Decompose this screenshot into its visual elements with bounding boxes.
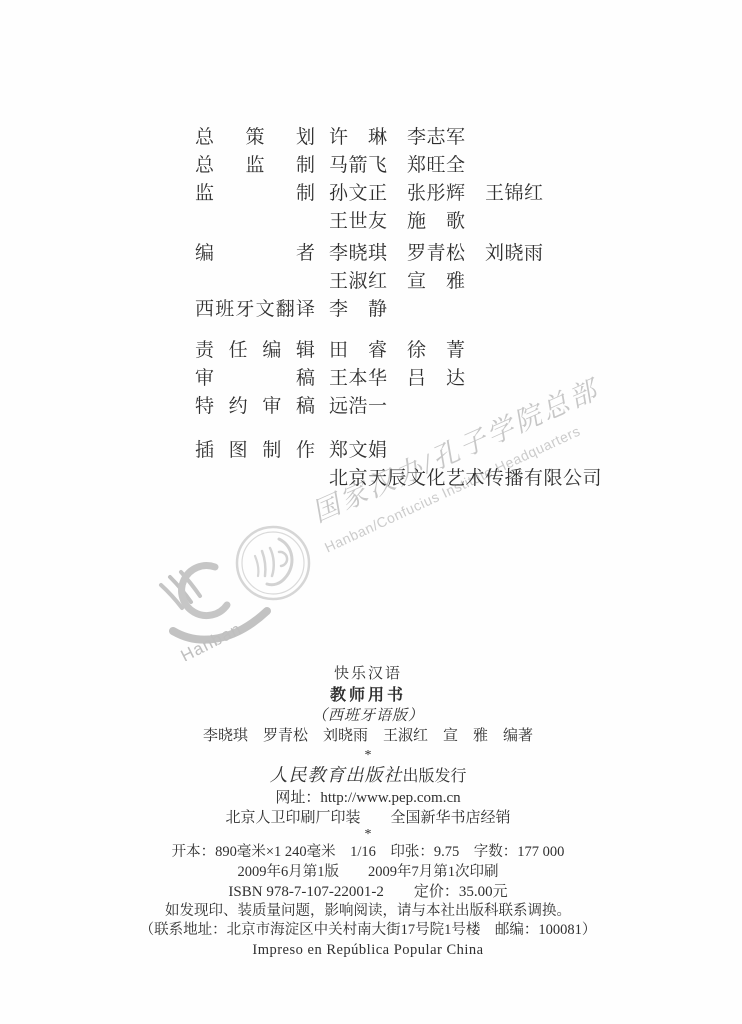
publisher-suffix: 出版发行 <box>402 768 466 785</box>
credit-names: 王淑红 宣 雅 <box>329 268 466 296</box>
credit-role-label: 总 监 制 <box>195 152 315 180</box>
credit-role-label: 审 稿 <box>195 365 315 393</box>
credit-role-label: 监 制 <box>195 180 315 208</box>
credit-names: 王世友 施 歌 <box>329 208 466 236</box>
colophon-page: Hanban 国家汉办/孔子学院总部 Hanban/Confucius Inst… <box>0 0 742 1024</box>
credit-row: 北京天辰文化艺术传播有限公司 <box>195 465 602 493</box>
credit-row: 编 者 李晓琪 罗青松 刘晓雨 <box>195 240 602 268</box>
credit-role-label: 总 策 划 <box>195 124 315 152</box>
credit-role-label: 责 任 编 辑 <box>195 337 315 365</box>
credit-row: 总 监 制 马箭飞 郑旺全 <box>195 152 602 180</box>
series-title: 快乐汉语 <box>0 664 736 684</box>
credit-role-label: 特 约 审 稿 <box>195 393 315 421</box>
credit-role-label <box>195 208 315 236</box>
credit-names: 马箭飞 郑旺全 <box>329 152 466 180</box>
credit-names: 孙文正 张彤辉 王锦红 <box>329 180 544 208</box>
credit-role-label: 西班牙文翻译 <box>195 296 315 324</box>
colophon-section: 快乐汉语 教师用书 （西班牙语版） 李晓琪 罗青松 刘晓雨 王淑红 宣 雅 编著… <box>0 664 736 960</box>
book-title: 教师用书 <box>0 686 736 706</box>
hanban-seal-icon <box>234 524 312 602</box>
publisher-logo-text: 人民教育出版社 <box>269 765 402 785</box>
publisher-line: 人民教育出版社出版发行 <box>0 764 736 788</box>
format-line: 开本：890毫米×1 240毫米 1/16 印张：9.75 字数：177 000 <box>0 842 736 862</box>
credit-row: 总 策 划 许 琳 李志军 <box>195 124 602 152</box>
edition-line: 2009年6月第1版 2009年7月第1次印刷 <box>0 862 736 882</box>
credit-role-label: 插 图 制 作 <box>195 437 315 465</box>
impreso-line: Impreso en República Popular China <box>0 940 736 960</box>
credit-role-label: 编 者 <box>195 240 315 268</box>
separator-star: * <box>0 828 736 842</box>
hanban-logo-text: Hanban <box>178 619 245 661</box>
address-line: （联系地址：北京市海淀区中关村南大街17号院1号楼 邮编：100081） <box>0 921 736 940</box>
credit-names: 远浩一 <box>329 393 388 421</box>
hanban-swoosh-icon: Hanban <box>155 553 273 661</box>
credit-row: 责 任 编 辑 田 睿 徐 菁 <box>195 337 602 365</box>
credit-names: 许 琳 李志军 <box>329 124 466 152</box>
credit-row: 插 图 制 作 郑文娟 <box>195 437 602 465</box>
credit-row: 特 约 审 稿 远浩一 <box>195 393 602 421</box>
credit-names: 王本华 吕 达 <box>329 365 466 393</box>
authors-line: 李晓琪 罗青松 刘晓雨 王淑红 宣 雅 编著 <box>0 726 736 746</box>
credit-names: 李 静 <box>329 296 388 324</box>
credit-names: 李晓琪 罗青松 刘晓雨 <box>329 240 544 268</box>
credit-row: 王淑红 宣 雅 <box>195 268 602 296</box>
notice-line: 如发现印、装质量问题，影响阅读，请与本社出版科联系调换。 <box>0 902 736 921</box>
isbn-line: ISBN 978-7-107-22001-2 定价：35.00元 <box>0 882 736 902</box>
credit-row: 西班牙文翻译 李 静 <box>195 296 602 324</box>
credit-names: 北京天辰文化艺术传播有限公司 <box>329 465 602 493</box>
credit-names: 郑文娟 <box>329 437 388 465</box>
credit-role-label <box>195 465 315 493</box>
printing-line: 北京人卫印刷厂印装 全国新华书店经销 <box>0 808 736 828</box>
edition-note: （西班牙语版） <box>0 706 736 726</box>
credit-role-label <box>195 268 315 296</box>
website-line: 网址：http://www.pep.com.cn <box>0 788 736 808</box>
credit-row: 监 制 孙文正 张彤辉 王锦红 <box>195 180 602 208</box>
separator-star: * <box>0 748 736 764</box>
credit-row: 王世友 施 歌 <box>195 208 602 236</box>
credits-section: 总 策 划 许 琳 李志军 总 监 制 马箭飞 郑旺全 监 制 孙文正 张彤辉 … <box>195 124 602 493</box>
credit-row: 审 稿 王本华 吕 达 <box>195 365 602 393</box>
credit-names: 田 睿 徐 菁 <box>329 337 466 365</box>
